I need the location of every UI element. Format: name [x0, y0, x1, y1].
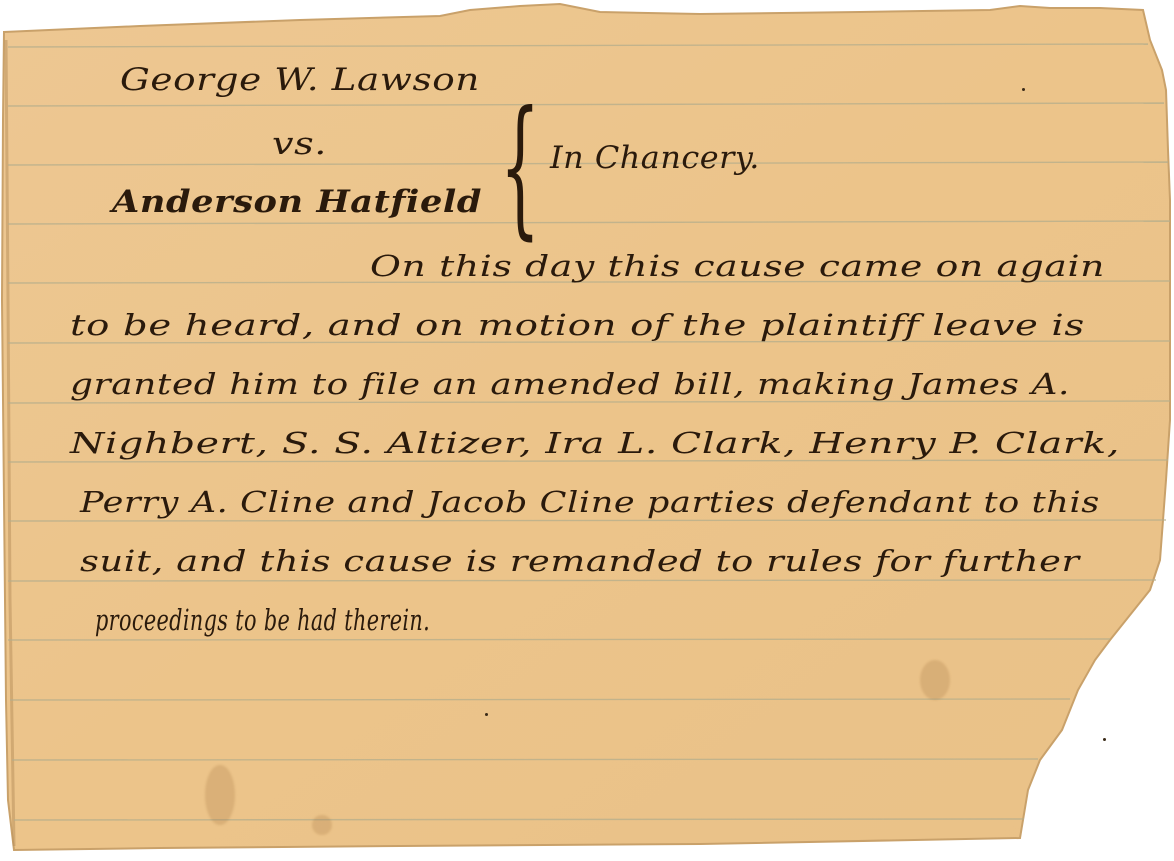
- body-line-1: On this day this cause came on again: [370, 249, 1105, 283]
- body-line-6: suit, and this cause is remanded to rule…: [80, 544, 1080, 578]
- body-line-2: to be heard, and on motion of the plaint…: [70, 308, 1085, 342]
- body-line-7: proceedings to be had therein.: [95, 603, 430, 637]
- body-line-5: Perry A. Cline and Jacob Cline parties d…: [80, 485, 1100, 519]
- caption-brace: {: [500, 92, 540, 242]
- case-versus: vs.: [272, 126, 327, 162]
- case-defendant: Anderson Hatfield: [112, 184, 482, 220]
- case-plaintiff: George W. Lawson: [120, 62, 480, 98]
- document-page: George W. Lawson vs. Anderson Hatfield {…: [0, 0, 1174, 861]
- body-line-3: granted him to file an amended bill, mak…: [70, 367, 1070, 401]
- court-designation: In Chancery.: [550, 140, 760, 176]
- handwriting: George W. Lawson vs. Anderson Hatfield {…: [0, 0, 1174, 861]
- body-line-4: Nighbert, S. S. Altizer, Ira L. Clark, H…: [70, 426, 1120, 460]
